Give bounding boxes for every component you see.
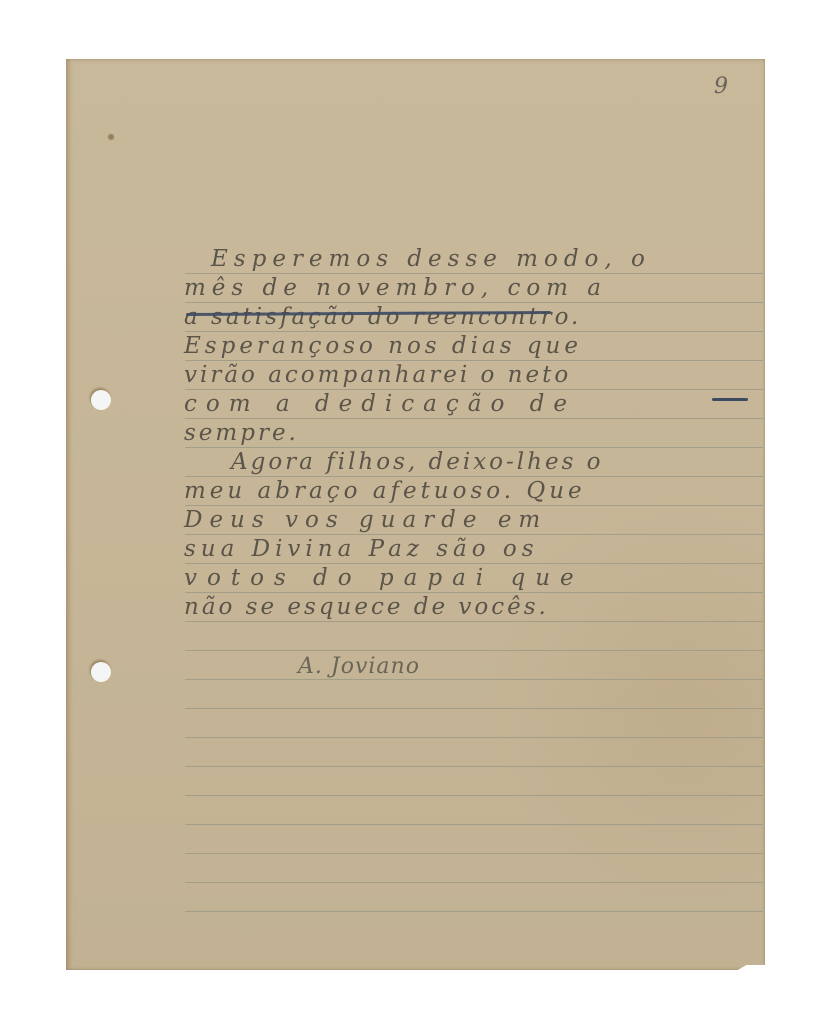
handwritten-line: meu abraço afetuoso. Que <box>184 477 586 506</box>
handwritten-line: Deus vos guarde em <box>184 506 547 535</box>
ruled-line <box>185 679 763 680</box>
ruled-line <box>185 882 763 883</box>
punch-hole-bottom <box>91 662 111 682</box>
ruled-line <box>185 795 763 796</box>
ruled-line <box>185 911 763 912</box>
letter-page: 9 Esperemos desse modo, o mês de novembr… <box>66 59 765 970</box>
handwritten-line: Esperançoso nos dias que <box>184 332 582 361</box>
signature: A. Joviano <box>298 654 420 679</box>
blue-pencil-mark <box>712 398 748 401</box>
handwritten-line: não se esquece de vocês. <box>184 593 549 622</box>
punch-hole-top <box>91 390 111 410</box>
ruled-line <box>185 853 763 854</box>
handwritten-line: sua Divina Paz são os <box>184 535 539 564</box>
handwritten-line: virão acompanharei o neto <box>184 361 571 390</box>
ruled-line <box>185 766 763 767</box>
handwritten-line: Esperemos desse modo, o <box>211 245 651 274</box>
handwritten-line: Agora filhos, deixo-lhes o <box>231 448 604 477</box>
handwritten-line: sempre. <box>184 419 299 448</box>
ruled-line <box>185 737 763 738</box>
handwritten-line: votos do papai que <box>184 564 584 593</box>
handwritten-line: com a dedicação de <box>184 390 576 419</box>
ruled-line <box>185 824 763 825</box>
page-number: 9 <box>714 74 728 99</box>
ruled-line <box>185 708 763 709</box>
handwritten-line: a satisfação do reencontro. <box>184 303 581 332</box>
ruled-line <box>185 650 763 651</box>
handwritten-line: mês de novembro, com a <box>184 274 607 303</box>
